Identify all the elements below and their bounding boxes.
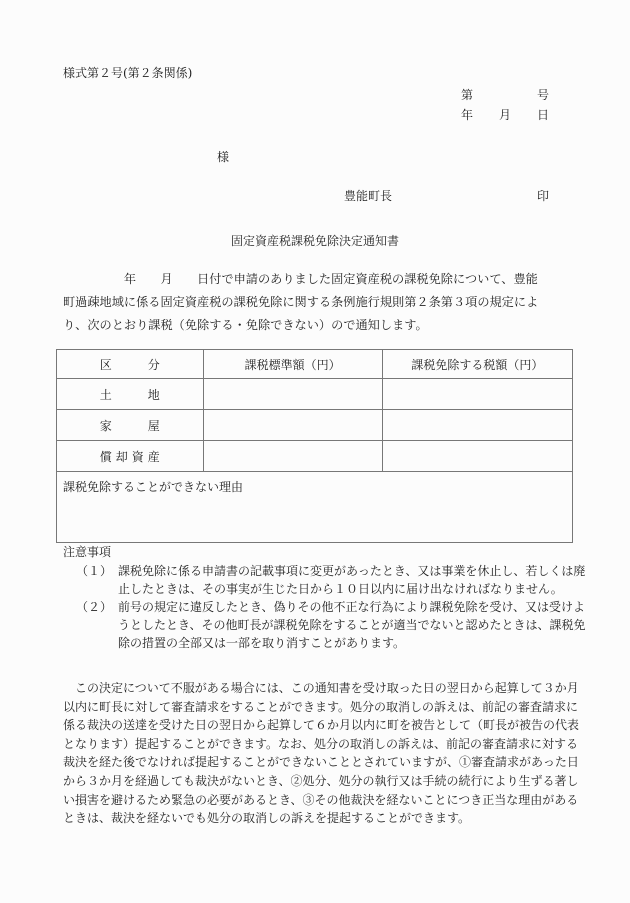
table-row: 土 地	[57, 379, 573, 410]
category-char: 却	[116, 448, 128, 465]
note-number: （１）	[76, 562, 112, 580]
header-standard-amount: 課税標準額（円）	[203, 350, 382, 379]
category-char: 土	[100, 386, 112, 403]
note-line: 止したときは、その事実が生じた日から１０日以内に届け出なければなりません。	[118, 580, 576, 598]
appeal-line: から３か月を経過しても裁決がないとき、②処分、処分の執行又は手続の続行により生ず…	[63, 772, 575, 791]
table-header-row: 区 分 課税標準額（円） 課税免除する税額（円）	[57, 350, 573, 379]
seal-mark: 印	[537, 190, 549, 202]
appeal-line: 係る裁決の送達を受けた日の翌日から起算して６か月以内に町を被告として（町長が被告…	[63, 716, 575, 735]
house-exempt-amount-field[interactable]	[382, 410, 572, 441]
header-category: 区 分	[57, 350, 204, 379]
category-char: 家	[100, 417, 112, 434]
note-item: （２） 前号の規定に違反したとき、偽りその他不正な行為により課税免除を受け、又は…	[76, 598, 576, 652]
note-item: （１） 課税免除に係る申請書の記載事項に変更があったとき、又は事業を休止し、若し…	[76, 562, 576, 598]
category-char: 資	[132, 448, 144, 465]
row-category-land: 土 地	[57, 379, 204, 410]
category-char: 産	[148, 448, 160, 465]
appeal-line: 裁決を経た後でなければ提起することができないこととされていますが、①審査請求があ…	[63, 753, 575, 772]
note-line: 課税免除に係る申請書の記載事項に変更があったとき、又は事業を休止し、若しくは廃	[118, 562, 576, 580]
appeal-notice: この決定について不服がある場合には、この通知書を受け取った日の翌日から起算して３…	[63, 679, 575, 828]
table-row: 償 却 資 産	[57, 441, 573, 472]
document-number-prefix: 第	[461, 89, 473, 101]
category-char: 屋	[148, 417, 160, 434]
body-line: 年 月 日付で申請のありました固定資産税の課税免除について、豊能	[63, 268, 575, 291]
appeal-line: この決定について不服がある場合には、この通知書を受け取った日の翌日から起算して３…	[63, 679, 575, 698]
body-paragraph: 年 月 日付で申請のありました固定資産税の課税免除について、豊能 町過疎地域に係…	[63, 268, 575, 337]
land-exempt-amount-field[interactable]	[382, 379, 572, 410]
body-line: 町過疎地域に係る固定資産税の課税免除に関する条例施行規則第２条第３項の規定によ	[63, 291, 575, 314]
assets-exempt-amount-field[interactable]	[382, 441, 572, 472]
document-number-suffix: 号	[537, 89, 549, 101]
appeal-line: 以内に町長に対して審査請求をすることができます。処分の取消しの訴えは、前記の審査…	[63, 698, 575, 717]
note-line: 前号の規定に違反したとき、偽りその他不正な行為により課税免除を受け、又は受けよ	[118, 598, 576, 616]
note-number: （２）	[76, 598, 112, 616]
date-day-label: 日	[537, 109, 549, 121]
assets-standard-amount-field[interactable]	[203, 441, 382, 472]
date-month-label: 月	[499, 109, 511, 121]
category-char: 地	[148, 386, 160, 403]
reason-box[interactable]: 課税免除することができない理由	[56, 471, 573, 543]
header-char: 分	[148, 356, 160, 373]
land-standard-amount-field[interactable]	[203, 379, 382, 410]
appeal-line: い損害を避けるため緊急の必要があるとき、③その他裁決を経ないことにつき正当な理由…	[63, 791, 575, 810]
document-title: 固定資産税課税免除決定通知書	[0, 235, 630, 247]
sender-name: 豊能町長	[344, 190, 392, 202]
house-standard-amount-field[interactable]	[203, 410, 382, 441]
category-char: 償	[100, 448, 112, 465]
body-line: り、次のとおり課税（免除する・免除できない）ので通知します。	[63, 314, 575, 337]
notes-heading: 注意事項	[63, 546, 111, 558]
row-category-house: 家 屋	[57, 410, 204, 441]
header-exempt-amount: 課税免除する税額（円）	[382, 350, 572, 379]
appeal-line: ときは、裁決を経ないでも処分の取消しの訴えを提起することができます。	[63, 809, 575, 828]
row-category-depreciable-assets: 償 却 資 産	[57, 441, 204, 472]
tax-exemption-table: 区 分 課税標準額（円） 課税免除する税額（円） 土 地 家 屋 償	[56, 349, 573, 472]
appeal-line: となります）提起することができます。なお、処分の取消しの訴えは、前記の審査請求に…	[63, 735, 575, 754]
form-number-label: 様式第２号(第２条関係)	[63, 67, 192, 79]
date-year-label: 年	[461, 109, 473, 121]
table-row: 家 屋	[57, 410, 573, 441]
reason-label: 課税免除することができない理由	[63, 478, 243, 495]
note-line: 除の措置の全部又は一部を取り消すことがあります。	[118, 634, 576, 652]
header-char: 区	[100, 356, 112, 373]
addressee-suffix: 様	[217, 151, 229, 163]
note-line: うとしたとき、その他町長が課税免除をすることが適当でないと認めたときは、課税免	[118, 616, 576, 634]
